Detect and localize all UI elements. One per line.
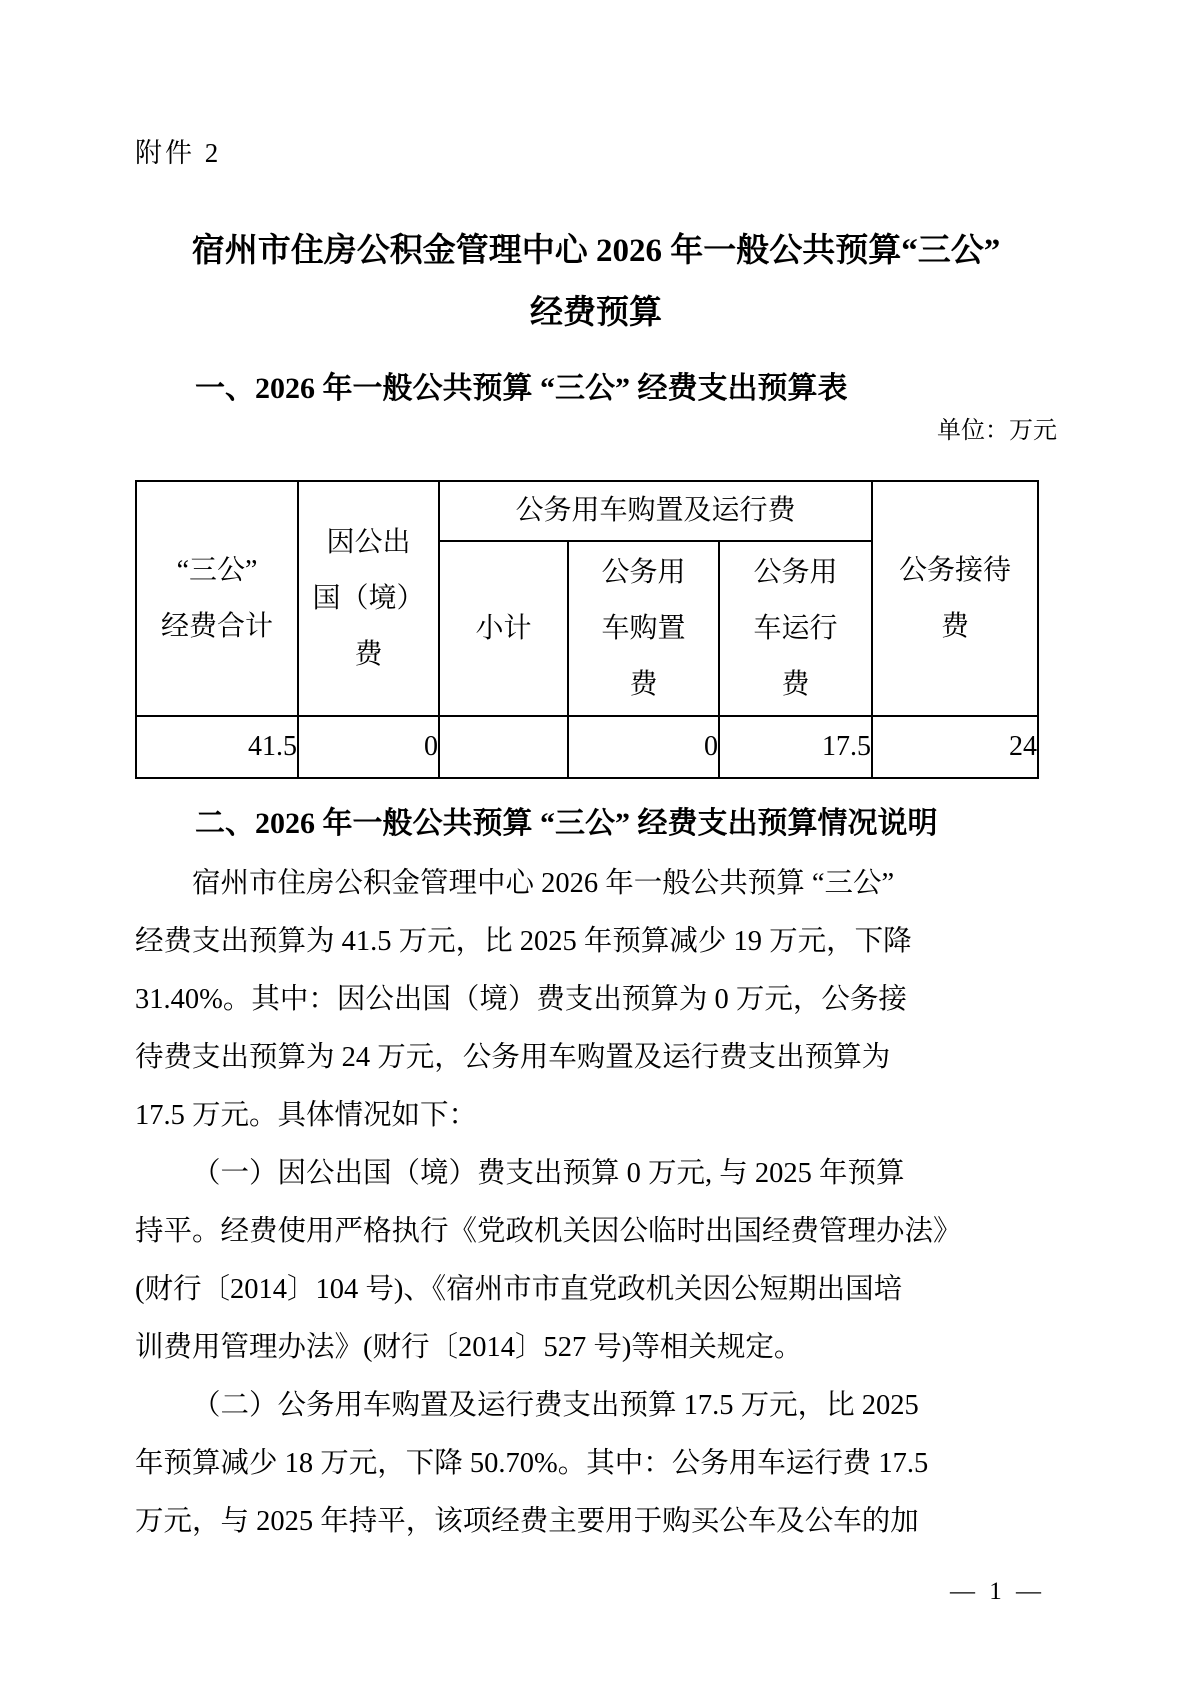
paragraph-2-line: (财行〔2014〕104 号)、《宿州市市直党政机关因公短期出国培 [135, 1261, 1057, 1319]
paragraph-1-line: 待费支出预算为 24 万元，公务用车购置及运行费支出预算为 [135, 1029, 1057, 1087]
value-purchase: 0 [568, 716, 719, 778]
table-header-row-1: “三公” 经费合计 因公出 国（境） 费 公务用车购置及运行费 公务接待 费 [136, 481, 1038, 541]
header-abroad-cell: 因公出 国（境） 费 [298, 481, 439, 716]
value-abroad: 0 [298, 716, 439, 778]
header-purchase-cell: 公务用 车购置 费 [568, 541, 719, 716]
paragraph-3-line: 年预算减少 18 万元，下降 50.70%。其中：公务用车运行费 17.5 [135, 1435, 1057, 1493]
unit-note: 单位：万元 [135, 416, 1057, 446]
attachment-label: 附件 2 [135, 0, 1057, 170]
paragraph-3-line: 万元，与 2025 年持平，该项经费主要用于购买公车及公车的加 [135, 1493, 1057, 1551]
paragraph-3-line: （二）公务用车购置及运行费支出预算 17.5 万元，比 2025 [135, 1377, 1057, 1435]
title-line-2: 经费预算 [135, 282, 1057, 344]
paragraph-2-line: 训费用管理办法》(财行〔2014〕527 号)等相关规定。 [135, 1319, 1057, 1377]
value-reception: 24 [872, 716, 1038, 778]
body-text: 宿州市住房公积金管理中心 2026 年一般公共预算 “三公” 经费支出预算为 4… [135, 855, 1057, 1551]
page-number: — 1 — [950, 1578, 1045, 1606]
header-subtotal-cell: 小计 [439, 541, 568, 716]
header-total-cell: “三公” 经费合计 [136, 481, 298, 716]
paragraph-1-line: 宿州市住房公积金管理中心 2026 年一般公共预算 “三公” [135, 855, 1057, 913]
value-operation: 17.5 [719, 716, 872, 778]
section-2-heading: 二、2026 年一般公共预算 “三公” 经费支出预算情况说明 [135, 803, 1057, 845]
header-vehicle-group-cell: 公务用车购置及运行费 [439, 481, 872, 541]
document-title: 宿州市住房公积金管理中心 2026 年一般公共预算“三公” 经费预算 [135, 220, 1057, 344]
section-1-heading: 一、2026 年一般公共预算 “三公” 经费支出预算表 [135, 368, 1057, 410]
document-page: 附件 2 宿州市住房公积金管理中心 2026 年一般公共预算“三公” 经费预算 … [0, 0, 1190, 1683]
paragraph-1-line: 17.5 万元。具体情况如下： [135, 1087, 1057, 1145]
header-reception-cell: 公务接待 费 [872, 481, 1038, 716]
title-line-1: 宿州市住房公积金管理中心 2026 年一般公共预算“三公” [135, 220, 1057, 282]
budget-table: “三公” 经费合计 因公出 国（境） 费 公务用车购置及运行费 公务接待 费 小… [135, 480, 1039, 779]
document-content: 附件 2 宿州市住房公积金管理中心 2026 年一般公共预算“三公” 经费预算 … [0, 0, 1190, 1551]
value-total: 41.5 [136, 716, 298, 778]
header-operation-cell: 公务用 车运行 费 [719, 541, 872, 716]
paragraph-1-line: 经费支出预算为 41.5 万元，比 2025 年预算减少 19 万元，下降 [135, 913, 1057, 971]
paragraph-2-line: （一）因公出国（境）费支出预算 0 万元, 与 2025 年预算 [135, 1145, 1057, 1203]
paragraph-2-line: 持平。经费使用严格执行《党政机关因公临时出国经费管理办法》 [135, 1203, 1057, 1261]
paragraph-1-line: 31.40%。其中：因公出国（境）费支出预算为 0 万元，公务接 [135, 971, 1057, 1029]
value-subtotal [439, 716, 568, 778]
table-data-row: 41.5 0 0 17.5 24 [136, 716, 1038, 778]
